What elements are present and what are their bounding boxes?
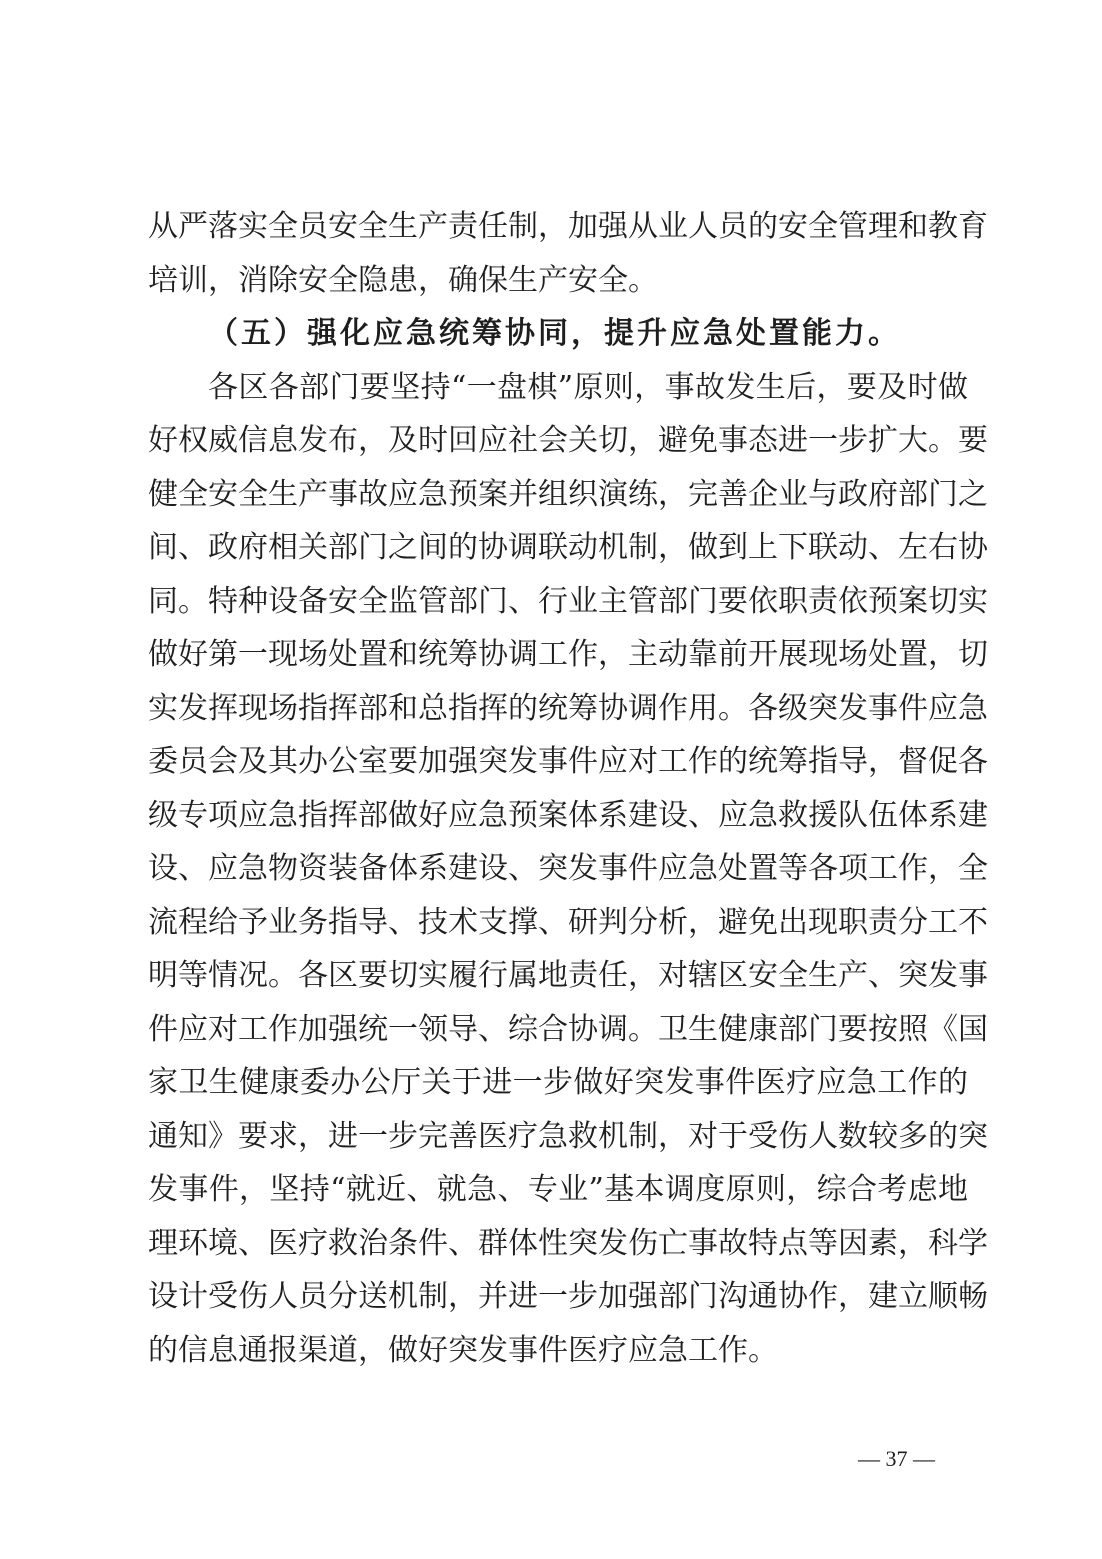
document-page: 从严落实全员安全生产责任制，加强从业人员的安全管理和教育 培训，消除安全隐患，确… (0, 0, 1102, 1559)
text-line: 实发挥现场指挥部和总指挥的统筹协调作用。各级突发事件应急 (148, 682, 968, 736)
text-line: 设计受伤人员分送机制，并进一步加强部门沟通协作，建立顺畅 (148, 1270, 968, 1324)
text-line: 从严落实全员安全生产责任制，加强从业人员的安全管理和教育 (148, 200, 968, 254)
text-line: 件应对工作加强统一领导、综合协调。卫生健康部门要按照《国 (148, 1003, 968, 1057)
text-line: 流程给予业务指导、技术支撑、研判分析，避免出现职责分工不 (148, 896, 968, 950)
text-line: 间、政府相关部门之间的协调联动机制，做到上下联动、左右协 (148, 521, 968, 575)
text-line: 委员会及其办公室要加强突发事件应对工作的统筹指导，督促各 (148, 735, 968, 789)
text-line: 发事件，坚持“就近、就急、专业”基本调度原则，综合考虑地 (148, 1163, 968, 1217)
text-line: 同。特种设备安全监管部门、行业主管部门要依职责依预案切实 (148, 575, 968, 629)
body-text: 从严落实全员安全生产责任制，加强从业人员的安全管理和教育 培训，消除安全隐患，确… (148, 200, 968, 1377)
text-line: 各区各部门要坚持“一盘棋”原则，事故发生后，要及时做 (148, 361, 968, 415)
section-heading: （五）强化应急统筹协同，提升应急处置能力。 (148, 307, 968, 361)
text-line: 设、应急物资装备体系建设、突发事件应急处置等各项工作，全 (148, 842, 968, 896)
text-line: 通知》要求，进一步完善医疗急救机制，对于受伤人数较多的突 (148, 1110, 968, 1164)
text-line: 好权威信息发布，及时回应社会关切，避免事态进一步扩大。要 (148, 414, 968, 468)
text-line: 健全安全生产事故应急预案并组织演练，完善企业与政府部门之 (148, 468, 968, 522)
text-line: 理环境、医疗救治条件、群体性突发伤亡事故特点等因素，科学 (148, 1217, 968, 1271)
text-line: 家卫生健康委办公厅关于进一步做好突发事件医疗应急工作的 (148, 1056, 968, 1110)
page-number: — 37 — (858, 1446, 958, 1472)
text-line: 培训，消除安全隐患，确保生产安全。 (148, 254, 968, 308)
text-line: 做好第一现场处置和统筹协调工作，主动靠前开展现场处置，切 (148, 628, 968, 682)
text-line: 级专项应急指挥部做好应急预案体系建设、应急救援队伍体系建 (148, 789, 968, 843)
text-line: 的信息通报渠道，做好突发事件医疗应急工作。 (148, 1324, 968, 1378)
text-line: 明等情况。各区要切实履行属地责任，对辖区安全生产、突发事 (148, 949, 968, 1003)
